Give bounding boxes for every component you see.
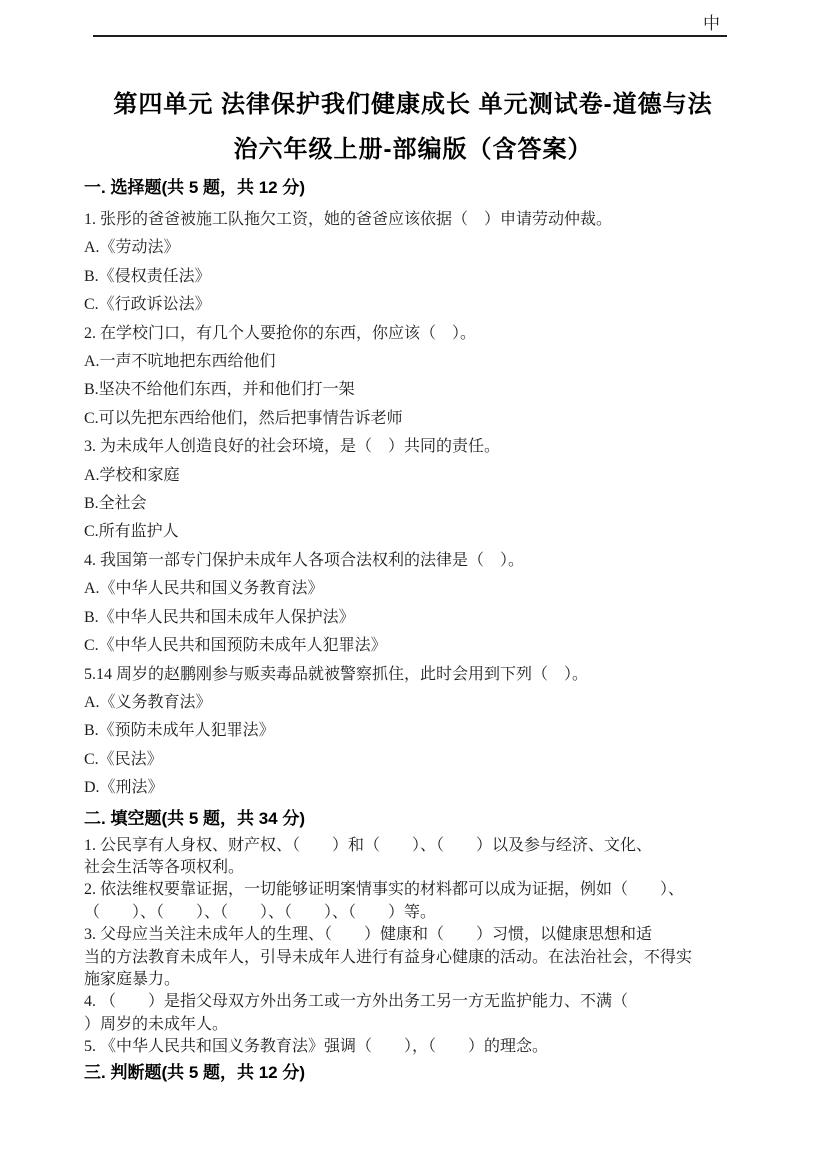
choice-q3-option-a: A.学校和家庭 (84, 462, 742, 490)
choice-q5-option-b: B.《预防未成年人犯罪法》 (84, 717, 742, 745)
choice-q2-option-c: C.可以先把东西给他们，然后把事情告诉老师 (84, 405, 742, 433)
fill-q1-line-1: 1. 公民享有人身权、财产权、（ ）和（ ）、（ ）以及参与经济、文化、 (84, 835, 742, 857)
fill-q2-line-1: 2. 依法维权要靠证据，一切能够证明案情事实的材料都可以成为证据，例如（ ）、 (84, 879, 742, 901)
choice-q2-option-b: B.坚决不给他们东西，并和他们打一架 (84, 376, 742, 404)
choice-q1-option-c: C.《行政诉讼法》 (84, 291, 742, 319)
choice-q5-option-d: D.《刑法》 (84, 774, 742, 802)
section-heading-judge: 三. 判断题(共 5 题，共 12 分) (84, 1061, 742, 1085)
fill-question-3: 3. 父母应当关注未成年人的生理、（ ）健康和（ ）习惯，以健康思想和适 当的方… (84, 924, 742, 991)
choice-q2-text: 2. 在学校门口，有几个人要抢你的东西，你应该（ ）。 (84, 320, 742, 348)
choice-q5-option-a: A.《义务教育法》 (84, 689, 742, 717)
fill-q3-line-1: 3. 父母应当关注未成年人的生理、（ ）健康和（ ）习惯，以健康思想和适 (84, 924, 742, 946)
choice-q5-option-c: C.《民法》 (84, 746, 742, 774)
choice-question-1: 1. 张彤的爸爸被施工队拖欠工资，她的爸爸应该依据（ ）申请劳动仲裁。 A.《劳… (84, 206, 742, 320)
section-heading-choice: 一. 选择题(共 5 题，共 12 分) (84, 176, 742, 200)
document-title: 第四单元 法律保护我们健康成长 单元测试卷-道德与法 治六年级上册-部编版（含答… (84, 82, 742, 172)
section-true-false: 三. 判断题(共 5 题，共 12 分) (84, 1061, 742, 1085)
fill-question-5: 5. 《中华人民共和国义务教育法》强调（ ），（ ）的理念。 (84, 1036, 742, 1058)
choice-q4-option-c: C.《中华人民共和国预防未成年人犯罪法》 (84, 632, 742, 660)
choice-q5-text: 5.14 周岁的赵鹏刚参与贩卖毒品就被警察抓住，此时会用到下列（ ）。 (84, 661, 742, 689)
choice-question-5: 5.14 周岁的赵鹏刚参与贩卖毒品就被警察抓住，此时会用到下列（ ）。 A.《义… (84, 661, 742, 803)
fill-q3-line-2: 当的方法教育未成年人，引导未成年人进行有益身心健康的活动。在法治社会，不得实 (84, 947, 742, 969)
section-fill-in-blank: 二. 填空题(共 5 题，共 34 分) 1. 公民享有人身权、财产权、（ ）和… (84, 807, 742, 1059)
section-multiple-choice: 一. 选择题(共 5 题，共 12 分) 1. 张彤的爸爸被施工队拖欠工资，她的… (84, 176, 742, 803)
choice-question-3: 3. 为未成年人创造良好的社会环境，是（ ）共同的责任。 A.学校和家庭 B.全… (84, 433, 742, 547)
page-header: 中 (0, 0, 826, 40)
choice-q2-option-a: A.一声不吭地把东西给他们 (84, 348, 742, 376)
header-mark: 中 (703, 13, 720, 35)
test-paper-page: 中 第四单元 法律保护我们健康成长 单元测试卷-道德与法 治六年级上册-部编版（… (0, 0, 826, 1169)
fill-question-4: 4. （ ）是指父母双方外出务工或一方外出务工另一方无监护能力、不满（ ）周岁的… (84, 991, 742, 1036)
fill-question-1: 1. 公民享有人身权、财产权、（ ）和（ ）、（ ）以及参与经济、文化、 社会生… (84, 835, 742, 880)
choice-q1-option-b: B.《侵权责任法》 (84, 263, 742, 291)
fill-q2-line-2: （ ）、（ ）、（ ）、（ ）、（ ）等。 (84, 902, 742, 924)
fill-q1-line-2: 社会生活等各项权利。 (84, 857, 742, 879)
fill-q4-line-1: 4. （ ）是指父母双方外出务工或一方外出务工另一方无监护能力、不满（ (84, 991, 742, 1013)
choice-q4-text: 4. 我国第一部专门保护未成年人各项合法权利的法律是（ ）。 (84, 547, 742, 575)
title-line-1: 第四单元 法律保护我们健康成长 单元测试卷-道德与法 (84, 82, 742, 127)
section-heading-fill: 二. 填空题(共 5 题，共 34 分) (84, 807, 742, 831)
fill-q4-line-2: ）周岁的未成年人。 (84, 1014, 742, 1036)
choice-question-2: 2. 在学校门口，有几个人要抢你的东西，你应该（ ）。 A.一声不吭地把东西给他… (84, 320, 742, 434)
choice-q4-option-b: B.《中华人民共和国未成年人保护法》 (84, 604, 742, 632)
fill-question-2: 2. 依法维权要靠证据，一切能够证明案情事实的材料都可以成为证据，例如（ ）、 … (84, 879, 742, 924)
choice-q1-option-a: A.《劳动法》 (84, 234, 742, 262)
fill-q5-line-1: 5. 《中华人民共和国义务教育法》强调（ ），（ ）的理念。 (84, 1036, 742, 1058)
choice-q3-option-b: B.全社会 (84, 490, 742, 518)
choice-q1-text: 1. 张彤的爸爸被施工队拖欠工资，她的爸爸应该依据（ ）申请劳动仲裁。 (84, 206, 742, 234)
choice-q4-option-a: A.《中华人民共和国义务教育法》 (84, 575, 742, 603)
choice-q3-option-c: C.所有监护人 (84, 518, 742, 546)
fill-q3-line-3: 施家庭暴力。 (84, 969, 742, 991)
header-rule (93, 35, 727, 37)
choice-q3-text: 3. 为未成年人创造良好的社会环境，是（ ）共同的责任。 (84, 433, 742, 461)
choice-question-4: 4. 我国第一部专门保护未成年人各项合法权利的法律是（ ）。 A.《中华人民共和… (84, 547, 742, 661)
title-line-2: 治六年级上册-部编版（含答案） (84, 127, 742, 172)
